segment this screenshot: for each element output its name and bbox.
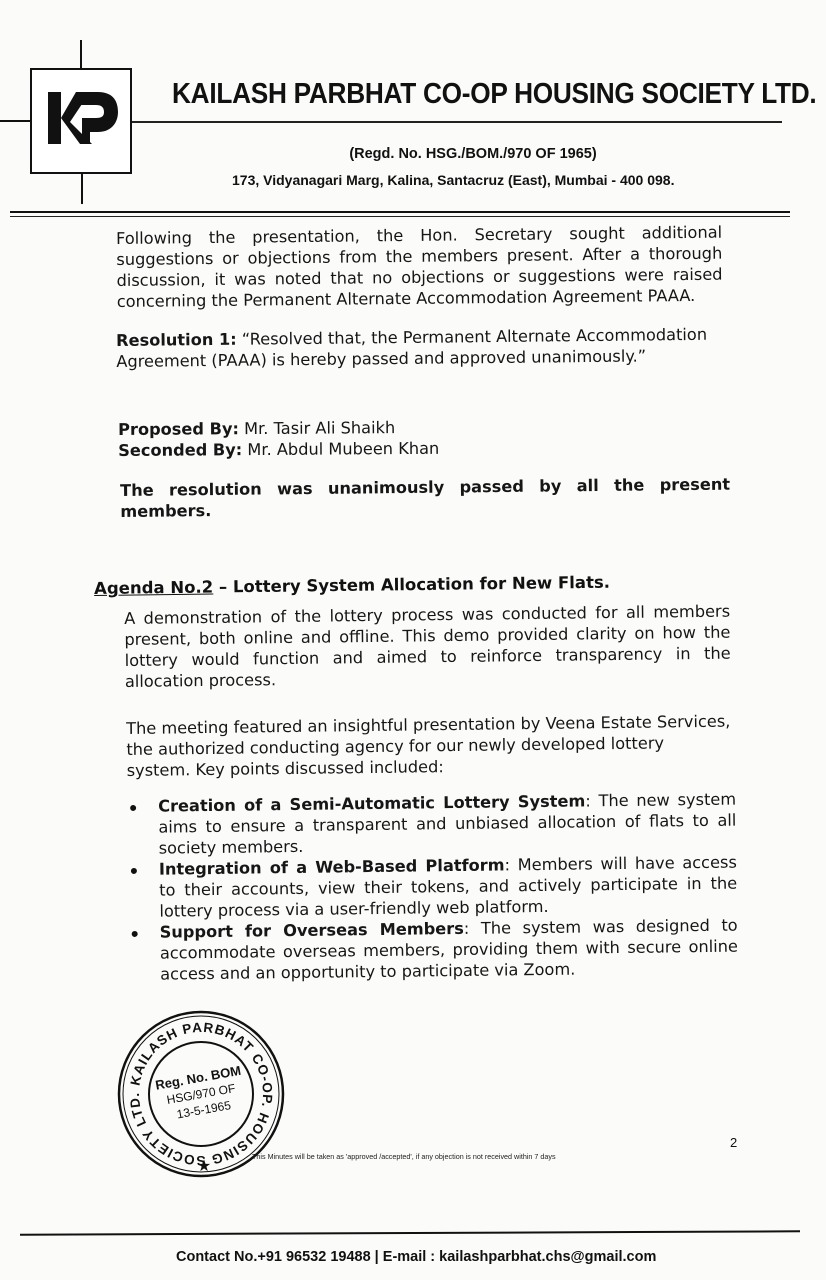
key-points-list: Creation of a Semi-Automatic Lottery Sys… [130,789,738,985]
bullet-icon [130,805,136,811]
list-item: Support for Overseas Members: The system… [132,915,739,985]
page-number: 2 [730,1135,737,1150]
key-point-title: Integration of a Web-Based Platform [159,855,505,878]
seconded-by-value: Mr. Abdul Mubeen Khan [242,439,439,459]
paragraph-demo: A demonstration of the lottery process w… [124,601,731,692]
header-divider [10,211,790,213]
proposed-by-value: Mr. Tasir Ali Shaikh [239,418,395,438]
star-icon: ★ [197,1156,211,1175]
list-item: Integration of a Web-Based Platform: Mem… [131,852,738,922]
bullet-icon [131,868,137,874]
bullet-icon [132,931,138,937]
resolution-label: Resolution 1: [116,330,237,350]
kp-logo-icon [46,92,118,150]
proposed-by-label: Proposed By: [118,419,239,439]
proposer-block: Proposed By: Mr. Tasir Ali Shaikh Second… [118,415,738,461]
seconded-by: Seconded By: Mr. Abdul Mubeen Khan [118,436,738,461]
footer-divider [20,1230,800,1235]
seconded-by-label: Seconded By: [118,440,242,460]
resolution-1: Resolution 1: “Resolved that, the Perman… [116,324,716,372]
minutes-acceptance-note: This Minutes will be taken as 'approved … [252,1152,556,1161]
footer-contact: Contact No.+91 96532 19488 | E-mail : ka… [176,1249,656,1265]
society-name: KAILASH PARBHAT CO-OP HOUSING SOCIETY LT… [172,78,816,111]
key-point-title: Creation of a Semi-Automatic Lottery Sys… [158,791,585,815]
title-divider [132,121,782,123]
agenda-number: Agenda No.2 [94,578,213,598]
header-divider-thin [10,216,790,217]
resolution-passed-statement: The resolution was unanimously passed by… [120,474,730,522]
paragraph-discussion: Following the presentation, the Hon. Sec… [116,222,723,312]
registration-number: (Regd. No. HSG./BOM./970 OF 1965) [0,146,826,162]
agenda-heading: Agenda No.2 – Lottery System Allocation … [94,573,610,598]
society-address: 173, Vidyanagari Marg, Kalina, Santacruz… [232,172,674,188]
paragraph-presentation: The meeting featured an insightful prese… [126,711,733,781]
agenda-title: – Lottery System Allocation for New Flat… [213,573,610,597]
key-point-title: Support for Overseas Members [160,919,464,942]
list-item: Creation of a Semi-Automatic Lottery Sys… [130,789,737,859]
